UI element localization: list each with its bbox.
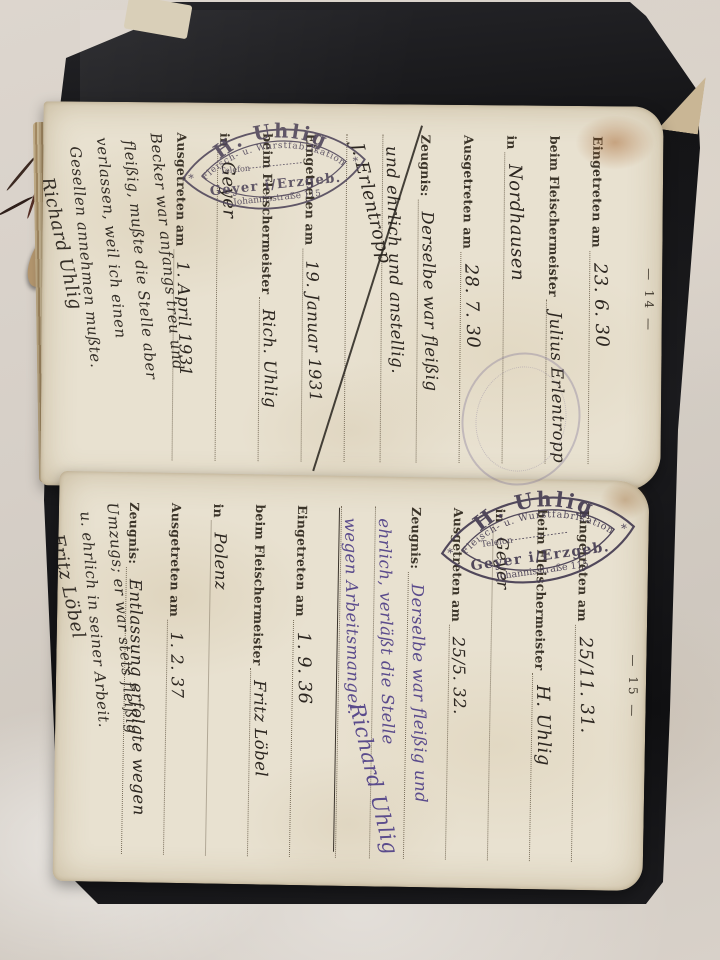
- field-label-ausgetreten: Ausgetreten am: [167, 503, 184, 620]
- field-label-ausgetreten: Ausgetreten am: [460, 135, 476, 252]
- dotted-line: 1. 2. 37: [163, 620, 210, 856]
- handwritten-place: Nordhausen: [504, 164, 528, 282]
- dotted-line: und ehrlich und anstellig.: [380, 134, 420, 462]
- handwritten-zeugnis-line: wegen Arbeitsmangel.: [341, 517, 363, 715]
- dotted-line: Fritz Löbel: [247, 668, 293, 857]
- dotted-line: 19. Januar 1931: [301, 248, 347, 462]
- field-row: Ausgetreten am 1. 2. 37: [163, 503, 211, 856]
- dotted-line: 25/11. 31.: [571, 625, 618, 863]
- dotted-line: wegen Arbeitsmangel. Richard Uhlig: [335, 506, 376, 859]
- dotted-line: 25/5. 32.: [445, 625, 492, 861]
- dotted-line: 1. 9. 36: [289, 620, 336, 858]
- field-row: Zeugnis: Derselbe war fleißig: [416, 135, 462, 463]
- field-label-meister: beim Fleischermeister: [546, 136, 562, 300]
- dotted-line: 23. 6. 30: [588, 251, 634, 465]
- stamp-star-left: *: [447, 545, 455, 560]
- photo-of-arbeitsbuch: — 14 — Eingetreten am 23. 6. 30 beim Fle…: [0, 0, 720, 960]
- company-stamp: H. Uhlig Fleisch- u. Wurstfabrikation * …: [170, 98, 378, 240]
- dotted-line: Derselbe war fleißig: [416, 200, 462, 463]
- zeugnis-kurrent-block: Becker war anfangs treu und fleißig, muß…: [40, 132, 182, 466]
- field-label-zeugnis: Zeugnis:: [418, 135, 434, 200]
- handwritten-zeugnis-line: Derselbe war fleißig und: [408, 584, 431, 804]
- zeugnis-extra-row: und ehrlich und anstellig.: [380, 134, 419, 462]
- field-label-in: in: [211, 504, 226, 522]
- stamp-telefon-label: Telefon: [220, 163, 251, 176]
- stamp-star-left: *: [188, 172, 195, 186]
- handwritten-zeugnis-line: ehrlich, verläßt die Stelle: [375, 518, 398, 745]
- zeugnis-extra-row: wegen Arbeitsmangel. Richard Uhlig: [335, 506, 375, 859]
- dotted-line: Polenz: [205, 521, 254, 856]
- field-label-eingetreten: Eingetreten am: [589, 136, 605, 251]
- field-row: beim Fleischermeister Fritz Löbel: [247, 504, 295, 857]
- handwritten-name: Rich. Uhlig: [259, 309, 281, 409]
- dotted-line: H. Uhlig: [529, 673, 575, 862]
- stamp-star-right: *: [620, 521, 628, 536]
- dotted-line: Rich. Uhlig: [258, 297, 303, 461]
- handwritten-date: 25/11. 31.: [575, 636, 598, 733]
- handwritten-date: 25/5. 32.: [449, 636, 469, 715]
- handwritten-date: 28. 7. 30: [460, 264, 483, 349]
- field-row: in Polenz: [205, 504, 253, 857]
- field-label-eingetreten: Eingetreten am: [293, 505, 310, 620]
- handwritten-name: H. Uhlig: [532, 685, 554, 766]
- zeugnis-kurrent-block: Umzugs; er war stets fleißig u. ehrlich …: [52, 502, 137, 857]
- stamp-star-right: *: [352, 154, 359, 168]
- handwritten-date: 23. 6. 30: [589, 262, 612, 347]
- handwritten-zeugnis-line: Derselbe war fleißig: [418, 211, 442, 392]
- handwritten-date: 1. 2. 37: [167, 632, 187, 699]
- handwritten-name: Fritz Löbel: [250, 680, 271, 778]
- field-label-in: in: [504, 135, 519, 152]
- field-label-zeugnis: Zeugnis:: [408, 507, 424, 572]
- field-row: Eingetreten am 1. 9. 36: [289, 505, 337, 858]
- handwritten-date: 19. Januar 1931: [302, 260, 325, 402]
- page-number-14: — 14 —: [631, 136, 658, 464]
- handwritten-date: 1. 9. 36: [293, 631, 315, 704]
- handwritten-place: Polenz: [211, 532, 231, 590]
- field-row: Eingetreten am 23. 6. 30: [588, 136, 634, 464]
